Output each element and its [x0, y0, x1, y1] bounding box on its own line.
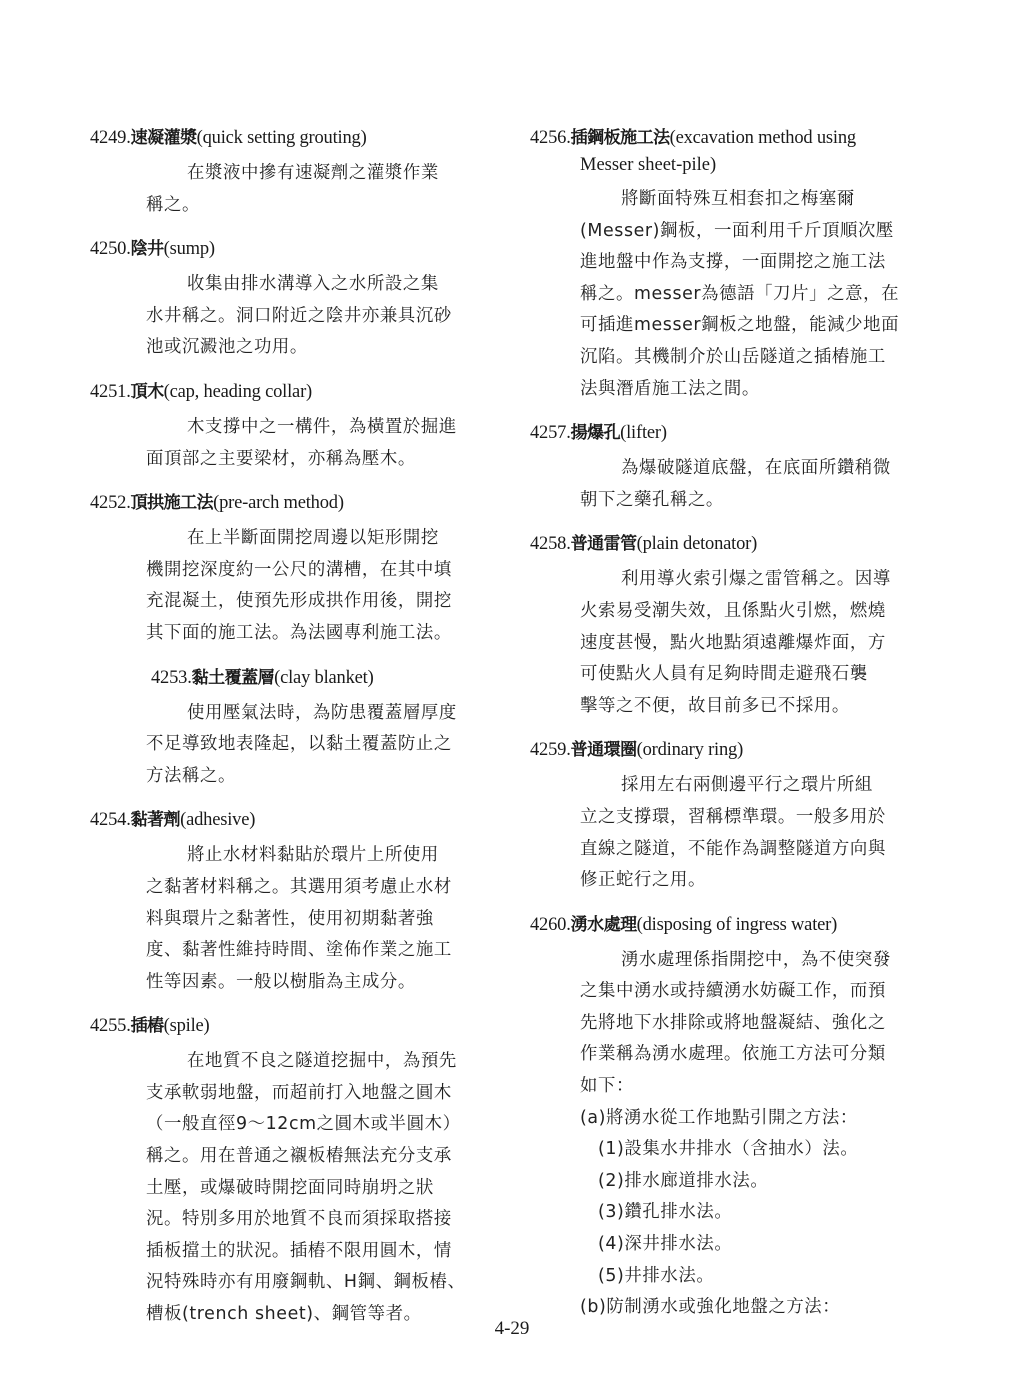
- entry-english-continued: Messer sheet-pile): [530, 152, 940, 178]
- entry-english: (plain detonator): [637, 534, 757, 554]
- entry-english: (adhesive): [180, 810, 255, 830]
- definition-line: 擊等之不便，故目前多已不採用。: [580, 691, 940, 723]
- definition-line: 土壓，或爆破時開挖面同時崩坍之狀: [146, 1173, 500, 1205]
- glossary-entry-4257: 4257.揚爆孔(lifter) 為爆破隧道底盤，在底面所鑽稍微 朝下之藥孔稱之…: [530, 419, 940, 516]
- definition-line: 況。特別多用於地質不良而須採取搭接: [146, 1204, 500, 1236]
- entry-definition: 將斷面特殊互相套扣之梅塞爾 (Messer)鋼板，一面利用千斤頂順次壓 進地盤中…: [530, 184, 940, 405]
- definition-line: 度、黏著性維持時間、塗佈作業之施工: [146, 935, 500, 967]
- entry-term: 頂拱施工法: [131, 493, 214, 513]
- entry-number: 4251.: [90, 382, 131, 402]
- definition-line: 利用導火索引爆之雷管稱之。因導: [580, 564, 940, 596]
- glossary-entry-4254: 4254.黏著劑(adhesive) 將止水材料黏貼於環片上所使用 之黏著材料稱…: [90, 806, 500, 998]
- definition-line: 修正蛇行之用。: [580, 865, 940, 897]
- entry-definition: 湧水處理係指開挖中，為不使突發 之集中湧水或持續湧水妨礙工作，而預 先將地下水排…: [530, 945, 940, 1324]
- entry-heading: 4254.黏著劑(adhesive): [90, 806, 500, 834]
- glossary-entry-4256: 4256.插鋼板施工法(excavation method using Mess…: [530, 124, 940, 405]
- list-item-2: (2)排水廊道排水法。: [580, 1166, 940, 1198]
- entry-definition: 使用壓氣法時，為防患覆蓋層厚度 不足導致地表隆起，以黏土覆蓋防止之 方法稱之。: [90, 698, 500, 793]
- definition-line: 將斷面特殊互相套扣之梅塞爾: [580, 184, 940, 216]
- definition-line: 水井稱之。洞口附近之陰井亦兼具沉砂: [146, 301, 500, 333]
- entry-english: (disposing of ingress water): [637, 915, 837, 935]
- entry-heading: 4258.普通雷管(plain detonator): [530, 530, 940, 558]
- entry-heading: 4256.插鋼板施工法(excavation method using: [530, 124, 940, 152]
- definition-line: 方法稱之。: [146, 761, 500, 793]
- list-item-3: (3)鑽孔排水法。: [580, 1197, 940, 1229]
- definition-line: 況特殊時亦有用廢鋼軌、H鋼、鋼板樁、: [146, 1267, 500, 1299]
- glossary-entry-4252: 4252.頂拱施工法(pre-arch method) 在上半斷面開挖周邊以矩形…: [90, 489, 500, 649]
- definition-line: 收集由排水溝導入之水所設之集: [146, 269, 500, 301]
- definition-line: 採用左右兩側邊平行之環片所組: [580, 770, 940, 802]
- entry-heading: 4257.揚爆孔(lifter): [530, 419, 940, 447]
- entry-definition: 利用導火索引爆之雷管稱之。因導 火索易受潮失效，且係點火引燃，燃燒 速度甚慢，點…: [530, 564, 940, 722]
- glossary-entry-4259: 4259.普通環圈(ordinary ring) 採用左右兩側邊平行之環片所組 …: [530, 736, 940, 896]
- entry-term: 插鋼板施工法: [571, 128, 670, 148]
- entry-heading: 4249.速凝灌漿(quick setting grouting): [90, 124, 500, 152]
- definition-line: 在地質不良之隧道挖掘中，為預先: [146, 1046, 500, 1078]
- definition-line: 朝下之藥孔稱之。: [580, 485, 940, 517]
- entry-number: 4255.: [90, 1016, 131, 1036]
- entry-heading: 4255.插樁(spile): [90, 1012, 500, 1040]
- left-column: 4249.速凝灌漿(quick setting grouting) 在漿液中摻有…: [90, 124, 500, 1331]
- entry-definition: 為爆破隧道底盤，在底面所鑽稍微 朝下之藥孔稱之。: [530, 453, 940, 516]
- definition-line: 使用壓氣法時，為防患覆蓋層厚度: [146, 698, 500, 730]
- glossary-entry-4250: 4250.陰井(sump) 收集由排水溝導入之水所設之集 水井稱之。洞口附近之陰…: [90, 235, 500, 364]
- entry-english: (clay blanket): [274, 668, 373, 688]
- entry-definition: 將止水材料黏貼於環片上所使用 之黏著材料稱之。其選用須考慮止水材 料與環片之黏著…: [90, 840, 500, 998]
- glossary-entry-4255: 4255.插樁(spile) 在地質不良之隧道挖掘中，為預先 支承軟弱地盤，而超…: [90, 1012, 500, 1330]
- definition-line: 之黏著材料稱之。其選用須考慮止水材: [146, 872, 500, 904]
- definition-line: 木支撐中之一構件，為橫置於掘進: [146, 412, 500, 444]
- right-column: 4256.插鋼板施工法(excavation method using Mess…: [530, 124, 940, 1324]
- entry-term: 插樁: [131, 1016, 164, 1036]
- definition-line: 直線之隧道，不能作為調整隧道方向與: [580, 834, 940, 866]
- entry-english: (spile): [164, 1016, 210, 1036]
- entry-definition: 在上半斷面開挖周邊以矩形開挖 機開挖深度約一公尺的溝槽，在其中填 充混凝土，使預…: [90, 523, 500, 649]
- entry-term: 黏著劑: [131, 810, 181, 830]
- definition-line: 充混凝土，使預先形成拱作用後，開挖: [146, 586, 500, 618]
- list-item-4: (4)深井排水法。: [580, 1229, 940, 1261]
- definition-line: 不足導致地表隆起，以黏土覆蓋防止之: [146, 729, 500, 761]
- list-item-a: (a)將湧水從工作地點引開之方法：: [580, 1103, 940, 1135]
- entry-definition: 採用左右兩側邊平行之環片所組 立之支撐環，習稱標準環。一般多用於 直線之隧道，不…: [530, 770, 940, 896]
- definition-line: 稱之。messer為德語「刀片」之意，在: [580, 279, 940, 311]
- entry-english: (excavation method using: [670, 128, 856, 148]
- definition-line: (Messer)鋼板，一面利用千斤頂順次壓: [580, 216, 940, 248]
- entry-heading: 4250.陰井(sump): [90, 235, 500, 263]
- entry-english: (cap, heading collar): [164, 382, 312, 402]
- definition-line: 稱之。: [146, 190, 500, 222]
- definition-line: 將止水材料黏貼於環片上所使用: [146, 840, 500, 872]
- glossary-entry-4253: 4253.黏土覆蓋層(clay blanket) 使用壓氣法時，為防患覆蓋層厚度…: [90, 664, 500, 793]
- entry-term: 普通環圈: [571, 740, 637, 760]
- definition-line: 料與環片之黏著性，使用初期黏著強: [146, 904, 500, 936]
- entry-definition: 木支撐中之一構件，為橫置於掘進 面頂部之主要梁材，亦稱為壓木。: [90, 412, 500, 475]
- entry-term: 頂木: [131, 382, 164, 402]
- definition-line: （一般直徑9～12cm之圓木或半圓木）: [146, 1109, 500, 1141]
- entry-definition: 在漿液中摻有速凝劑之灌漿作業 稱之。: [90, 158, 500, 221]
- definition-line: 其下面的施工法。為法國專利施工法。: [146, 618, 500, 650]
- glossary-entry-4251: 4251.頂木(cap, heading collar) 木支撐中之一構件，為橫…: [90, 378, 500, 475]
- entry-number: 4252.: [90, 493, 131, 513]
- entry-number: 4254.: [90, 810, 131, 830]
- list-item-1: (1)設集水井排水（含抽水）法。: [580, 1134, 940, 1166]
- entry-number: 4253.: [151, 668, 192, 688]
- entry-term: 黏土覆蓋層: [192, 668, 275, 688]
- page-number: 4-29: [0, 1318, 1024, 1340]
- entry-english: (pre-arch method): [213, 493, 344, 513]
- definition-line: 面頂部之主要梁材，亦稱為壓木。: [146, 444, 500, 476]
- definition-line: 為爆破隧道底盤，在底面所鑽稍微: [580, 453, 940, 485]
- entry-heading: 4260.湧水處理(disposing of ingress water): [530, 911, 940, 939]
- definition-line: 之集中湧水或持續湧水妨礙工作，而預: [580, 976, 940, 1008]
- entry-english: (lifter): [620, 423, 667, 443]
- definition-line: 湧水處理係指開挖中，為不使突發: [580, 945, 940, 977]
- definition-line: 火索易受潮失效，且係點火引燃，燃燒: [580, 596, 940, 628]
- entry-english: (ordinary ring): [637, 740, 743, 760]
- definition-line: 稱之。用在普通之襯板樁無法充分支承: [146, 1141, 500, 1173]
- definition-line: 作業稱為湧水處理。依施工方法可分類: [580, 1039, 940, 1071]
- definition-line: 可使點火人員有足夠時間走避飛石襲: [580, 659, 940, 691]
- entry-term: 揚爆孔: [571, 423, 621, 443]
- entry-definition: 收集由排水溝導入之水所設之集 水井稱之。洞口附近之陰井亦兼具沉砂 池或沉澱池之功…: [90, 269, 500, 364]
- entry-number: 4260.: [530, 915, 571, 935]
- entry-term: 普通雷管: [571, 534, 637, 554]
- entry-heading: 4253.黏土覆蓋層(clay blanket): [90, 664, 500, 692]
- definition-line: 在漿液中摻有速凝劑之灌漿作業: [146, 158, 500, 190]
- entry-number: 4250.: [90, 239, 131, 259]
- document-page: 4249.速凝灌漿(quick setting grouting) 在漿液中摻有…: [0, 0, 1024, 1400]
- definition-line: 支承軟弱地盤，而超前打入地盤之圓木: [146, 1078, 500, 1110]
- entry-term: 湧水處理: [571, 915, 637, 935]
- entry-english: (sump): [164, 239, 215, 259]
- definition-line: 插板擋土的狀況。插樁不限用圓木，情: [146, 1236, 500, 1268]
- definition-line: 沉陷。其機制介於山岳隧道之插樁施工: [580, 342, 940, 374]
- definition-line: 進地盤中作為支撐，一面開挖之施工法: [580, 247, 940, 279]
- definition-line: 機開挖深度約一公尺的溝槽，在其中填: [146, 555, 500, 587]
- definition-line: 立之支撐環，習稱標準環。一般多用於: [580, 802, 940, 834]
- entry-number: 4259.: [530, 740, 571, 760]
- definition-line: 池或沉澱池之功用。: [146, 332, 500, 364]
- entry-heading: 4259.普通環圈(ordinary ring): [530, 736, 940, 764]
- entry-number: 4257.: [530, 423, 571, 443]
- entry-number: 4256.: [530, 128, 571, 148]
- entry-number: 4249.: [90, 128, 131, 148]
- entry-term: 陰井: [131, 239, 164, 259]
- entry-definition: 在地質不良之隧道挖掘中，為預先 支承軟弱地盤，而超前打入地盤之圓木 （一般直徑9…: [90, 1046, 500, 1330]
- definition-line: 如下：: [580, 1071, 940, 1103]
- definition-line: 可插進messer鋼板之地盤，能減少地面: [580, 310, 940, 342]
- definition-line: 速度甚慢，點火地點須遠離爆炸面，方: [580, 628, 940, 660]
- glossary-entry-4258: 4258.普通雷管(plain detonator) 利用導火索引爆之雷管稱之。…: [530, 530, 940, 722]
- entry-number: 4258.: [530, 534, 571, 554]
- glossary-entry-4249: 4249.速凝灌漿(quick setting grouting) 在漿液中摻有…: [90, 124, 500, 221]
- definition-line: 先將地下水排除或將地盤凝結、強化之: [580, 1008, 940, 1040]
- entry-heading: 4252.頂拱施工法(pre-arch method): [90, 489, 500, 517]
- definition-line: 性等因素。一般以樹脂為主成分。: [146, 967, 500, 999]
- definition-line: 法與潛盾施工法之間。: [580, 374, 940, 406]
- list-item-5: (5)井排水法。: [580, 1261, 940, 1293]
- entry-term: 速凝灌漿: [131, 128, 197, 148]
- entry-heading: 4251.頂木(cap, heading collar): [90, 378, 500, 406]
- glossary-entry-4260: 4260.湧水處理(disposing of ingress water) 湧水…: [530, 911, 940, 1324]
- definition-line: 在上半斷面開挖周邊以矩形開挖: [146, 523, 500, 555]
- entry-english: (quick setting grouting): [197, 128, 367, 148]
